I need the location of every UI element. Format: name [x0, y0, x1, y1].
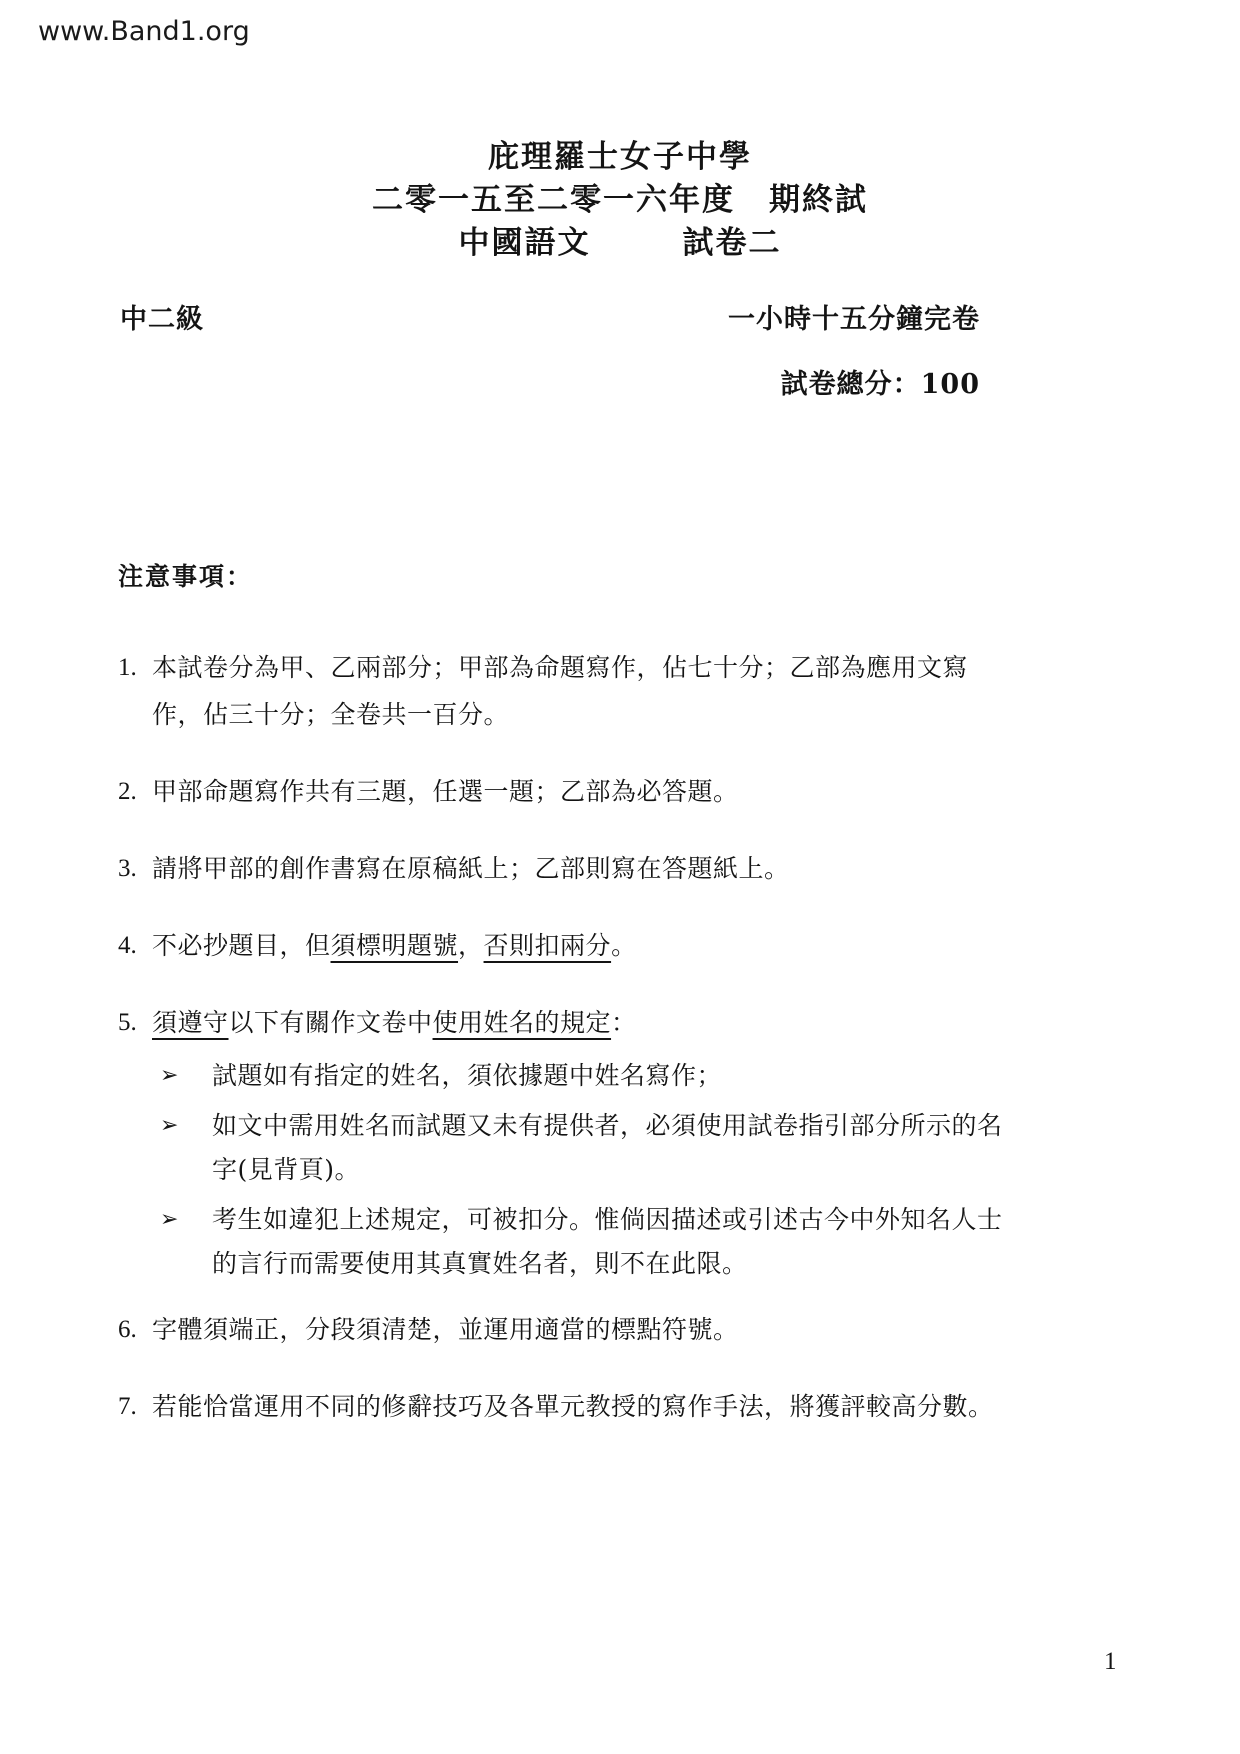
note-text-segment: 甲部命題寫作共有三題，任選一題；乙部為必答題。 [152, 777, 739, 806]
note-text-segment-underlined: 否則扣兩分 [484, 931, 612, 960]
title-block: 庇理羅士女子中學 二零一五至二零一六年度期終試 中國語文試卷二 [0, 136, 1240, 265]
bullet-text-segment: 考生如違犯上述規定，可被扣分。惟倘因描述或引述古今中外知名人士的言行而需要使用其… [212, 1205, 1003, 1278]
bullet-list: ➢試題如有指定的姓名，須依據題中姓名寫作；➢如文中需用姓名而試題又未有提供者，必… [152, 1054, 1018, 1286]
note-text-segment: 。 [611, 931, 637, 960]
note-text-segment: 請將甲部的創作書寫在原稿紙上；乙部則寫在答題紙上。 [152, 854, 790, 883]
subject-name: 中國語文 [459, 225, 591, 261]
note-number: 2. [118, 768, 152, 815]
note-number: 6. [118, 1306, 152, 1353]
note-text-segment-underlined: 須遵守 [152, 1008, 229, 1037]
note-text: 不必抄題目，但須標明題號，否則扣兩分。 [152, 922, 1018, 969]
arrowhead-bullet-icon: ➢ [160, 1104, 212, 1192]
note-text: 本試卷分為甲、乙兩部分；甲部為命題寫作，佔七十分；乙部為應用文寫作，佔三十分；全… [152, 644, 1018, 738]
school-name: 庇理羅士女子中學 [0, 136, 1240, 179]
academic-year: 二零一五至二零一六年度 [372, 182, 735, 218]
bullet-text-segment: 試題如有指定的姓名，須依據題中姓名寫作； [212, 1061, 722, 1090]
note-text: 須遵守以下有關作文卷中使用姓名的規定： [152, 999, 1018, 1046]
notes-list: 1.本試卷分為甲、乙兩部分；甲部為命題寫作，佔七十分；乙部為應用文寫作，佔三十分… [118, 644, 1018, 1430]
bullet-item: ➢考生如違犯上述規定，可被扣分。惟倘因描述或引述古今中外知名人士的言行而需要使用… [160, 1198, 1018, 1286]
note-text: 甲部命題寫作共有三題，任選一題；乙部為必答題。 [152, 768, 1018, 815]
note-body: 須遵守以下有關作文卷中使用姓名的規定：➢試題如有指定的姓名，須依據題中姓名寫作；… [152, 999, 1018, 1276]
note-text-segment: ， [458, 931, 484, 960]
note-body: 字體須端正，分段須清楚，並運用適當的標點符號。 [152, 1306, 1018, 1353]
note-item: 1.本試卷分為甲、乙兩部分；甲部為命題寫作，佔七十分；乙部為應用文寫作，佔三十分… [118, 644, 1018, 738]
note-item: 2.甲部命題寫作共有三題，任選一題；乙部為必答題。 [118, 768, 1018, 815]
bullet-item: ➢試題如有指定的姓名，須依據題中姓名寫作； [160, 1054, 1018, 1098]
note-text-segment: 不必抄題目，但 [152, 931, 331, 960]
bullet-text: 如文中需用姓名而試題又未有提供者，必須使用試卷指引部分所示的名字(見背頁)。 [212, 1104, 1018, 1192]
note-text-segment-underlined: 使用姓名的規定 [433, 1008, 612, 1037]
note-body: 本試卷分為甲、乙兩部分；甲部為命題寫作，佔七十分；乙部為應用文寫作，佔三十分；全… [152, 644, 1018, 738]
paper-number: 試卷二 [683, 225, 782, 261]
note-item: 3.請將甲部的創作書寫在原稿紙上；乙部則寫在答題紙上。 [118, 845, 1018, 892]
note-text: 字體須端正，分段須清楚，並運用適當的標點符號。 [152, 1306, 1018, 1353]
bullet-item: ➢如文中需用姓名而試題又未有提供者，必須使用試卷指引部分所示的名字(見背頁)。 [160, 1104, 1018, 1192]
note-item: 5.須遵守以下有關作文卷中使用姓名的規定：➢試題如有指定的姓名，須依據題中姓名寫… [118, 999, 1018, 1276]
exam-duration: 一小時十五分鐘完卷 [728, 297, 980, 336]
note-body: 若能恰當運用不同的修辭技巧及各單元教授的寫作手法，將獲評較高分數。 [152, 1383, 1018, 1430]
notes-heading: 注意事項： [118, 553, 1018, 600]
arrowhead-bullet-icon: ➢ [160, 1198, 212, 1286]
note-number: 3. [118, 845, 152, 892]
bullet-text: 試題如有指定的姓名，須依據題中姓名寫作； [212, 1054, 1018, 1098]
note-text-segment: 字體須端正，分段須清楚，並運用適當的標點符號。 [152, 1315, 739, 1344]
note-text-segment-underlined: 須標明題號 [331, 931, 459, 960]
note-number: 7. [118, 1383, 152, 1430]
note-text-segment: 以下有關作文卷中 [229, 1008, 433, 1037]
note-text: 若能恰當運用不同的修辭技巧及各單元教授的寫作手法，將獲評較高分數。 [152, 1383, 1018, 1430]
year-term-line: 二零一五至二零一六年度期終試 [0, 179, 1240, 222]
note-text: 請將甲部的創作書寫在原稿紙上；乙部則寫在答題紙上。 [152, 845, 1018, 892]
note-body: 不必抄題目，但須標明題號，否則扣兩分。 [152, 922, 1018, 969]
note-body: 請將甲部的創作書寫在原稿紙上；乙部則寫在答題紙上。 [152, 845, 1018, 892]
note-number: 4. [118, 922, 152, 969]
bullet-text-segment: 如文中需用姓名而試題又未有提供者，必須使用試卷指引部分所示的名字(見背頁)。 [212, 1111, 1003, 1184]
bullet-text: 考生如違犯上述規定，可被扣分。惟倘因描述或引述古今中外知名人士的言行而需要使用其… [212, 1198, 1018, 1286]
arrowhead-bullet-icon: ➢ [160, 1054, 212, 1098]
note-text-segment: ： [611, 1008, 637, 1037]
exam-term: 期終試 [769, 182, 868, 218]
note-item: 6.字體須端正，分段須清楚，並運用適當的標點符號。 [118, 1306, 1018, 1353]
total-score: 試卷總分：100 [120, 362, 980, 401]
note-text-segment: 本試卷分為甲、乙兩部分；甲部為命題寫作，佔七十分；乙部為應用文寫作，佔三十分；全… [152, 653, 968, 729]
note-number: 5. [118, 999, 152, 1276]
note-number: 1. [118, 644, 152, 738]
note-item: 4.不必抄題目，但須標明題號，否則扣兩分。 [118, 922, 1018, 969]
exam-paper-page: www.Band1.org 庇理羅士女子中學 二零一五至二零一六年度期終試 中國… [0, 0, 1240, 1754]
note-item: 7.若能恰當運用不同的修辭技巧及各單元教授的寫作手法，將獲評較高分數。 [118, 1383, 1018, 1430]
page-number: 1 [1104, 1648, 1117, 1676]
watermark-url: www.Band1.org [38, 16, 250, 47]
note-body: 甲部命題寫作共有三題，任選一題；乙部為必答題。 [152, 768, 1018, 815]
class-level: 中二級 [120, 297, 204, 336]
info-row: 中二級 一小時十五分鐘完卷 [120, 297, 980, 336]
subject-paper-line: 中國語文試卷二 [0, 222, 1240, 265]
notes-section: 注意事項： 1.本試卷分為甲、乙兩部分；甲部為命題寫作，佔七十分；乙部為應用文寫… [118, 553, 1018, 1460]
note-text-segment: 若能恰當運用不同的修辭技巧及各單元教授的寫作手法，將獲評較高分數。 [152, 1392, 994, 1421]
